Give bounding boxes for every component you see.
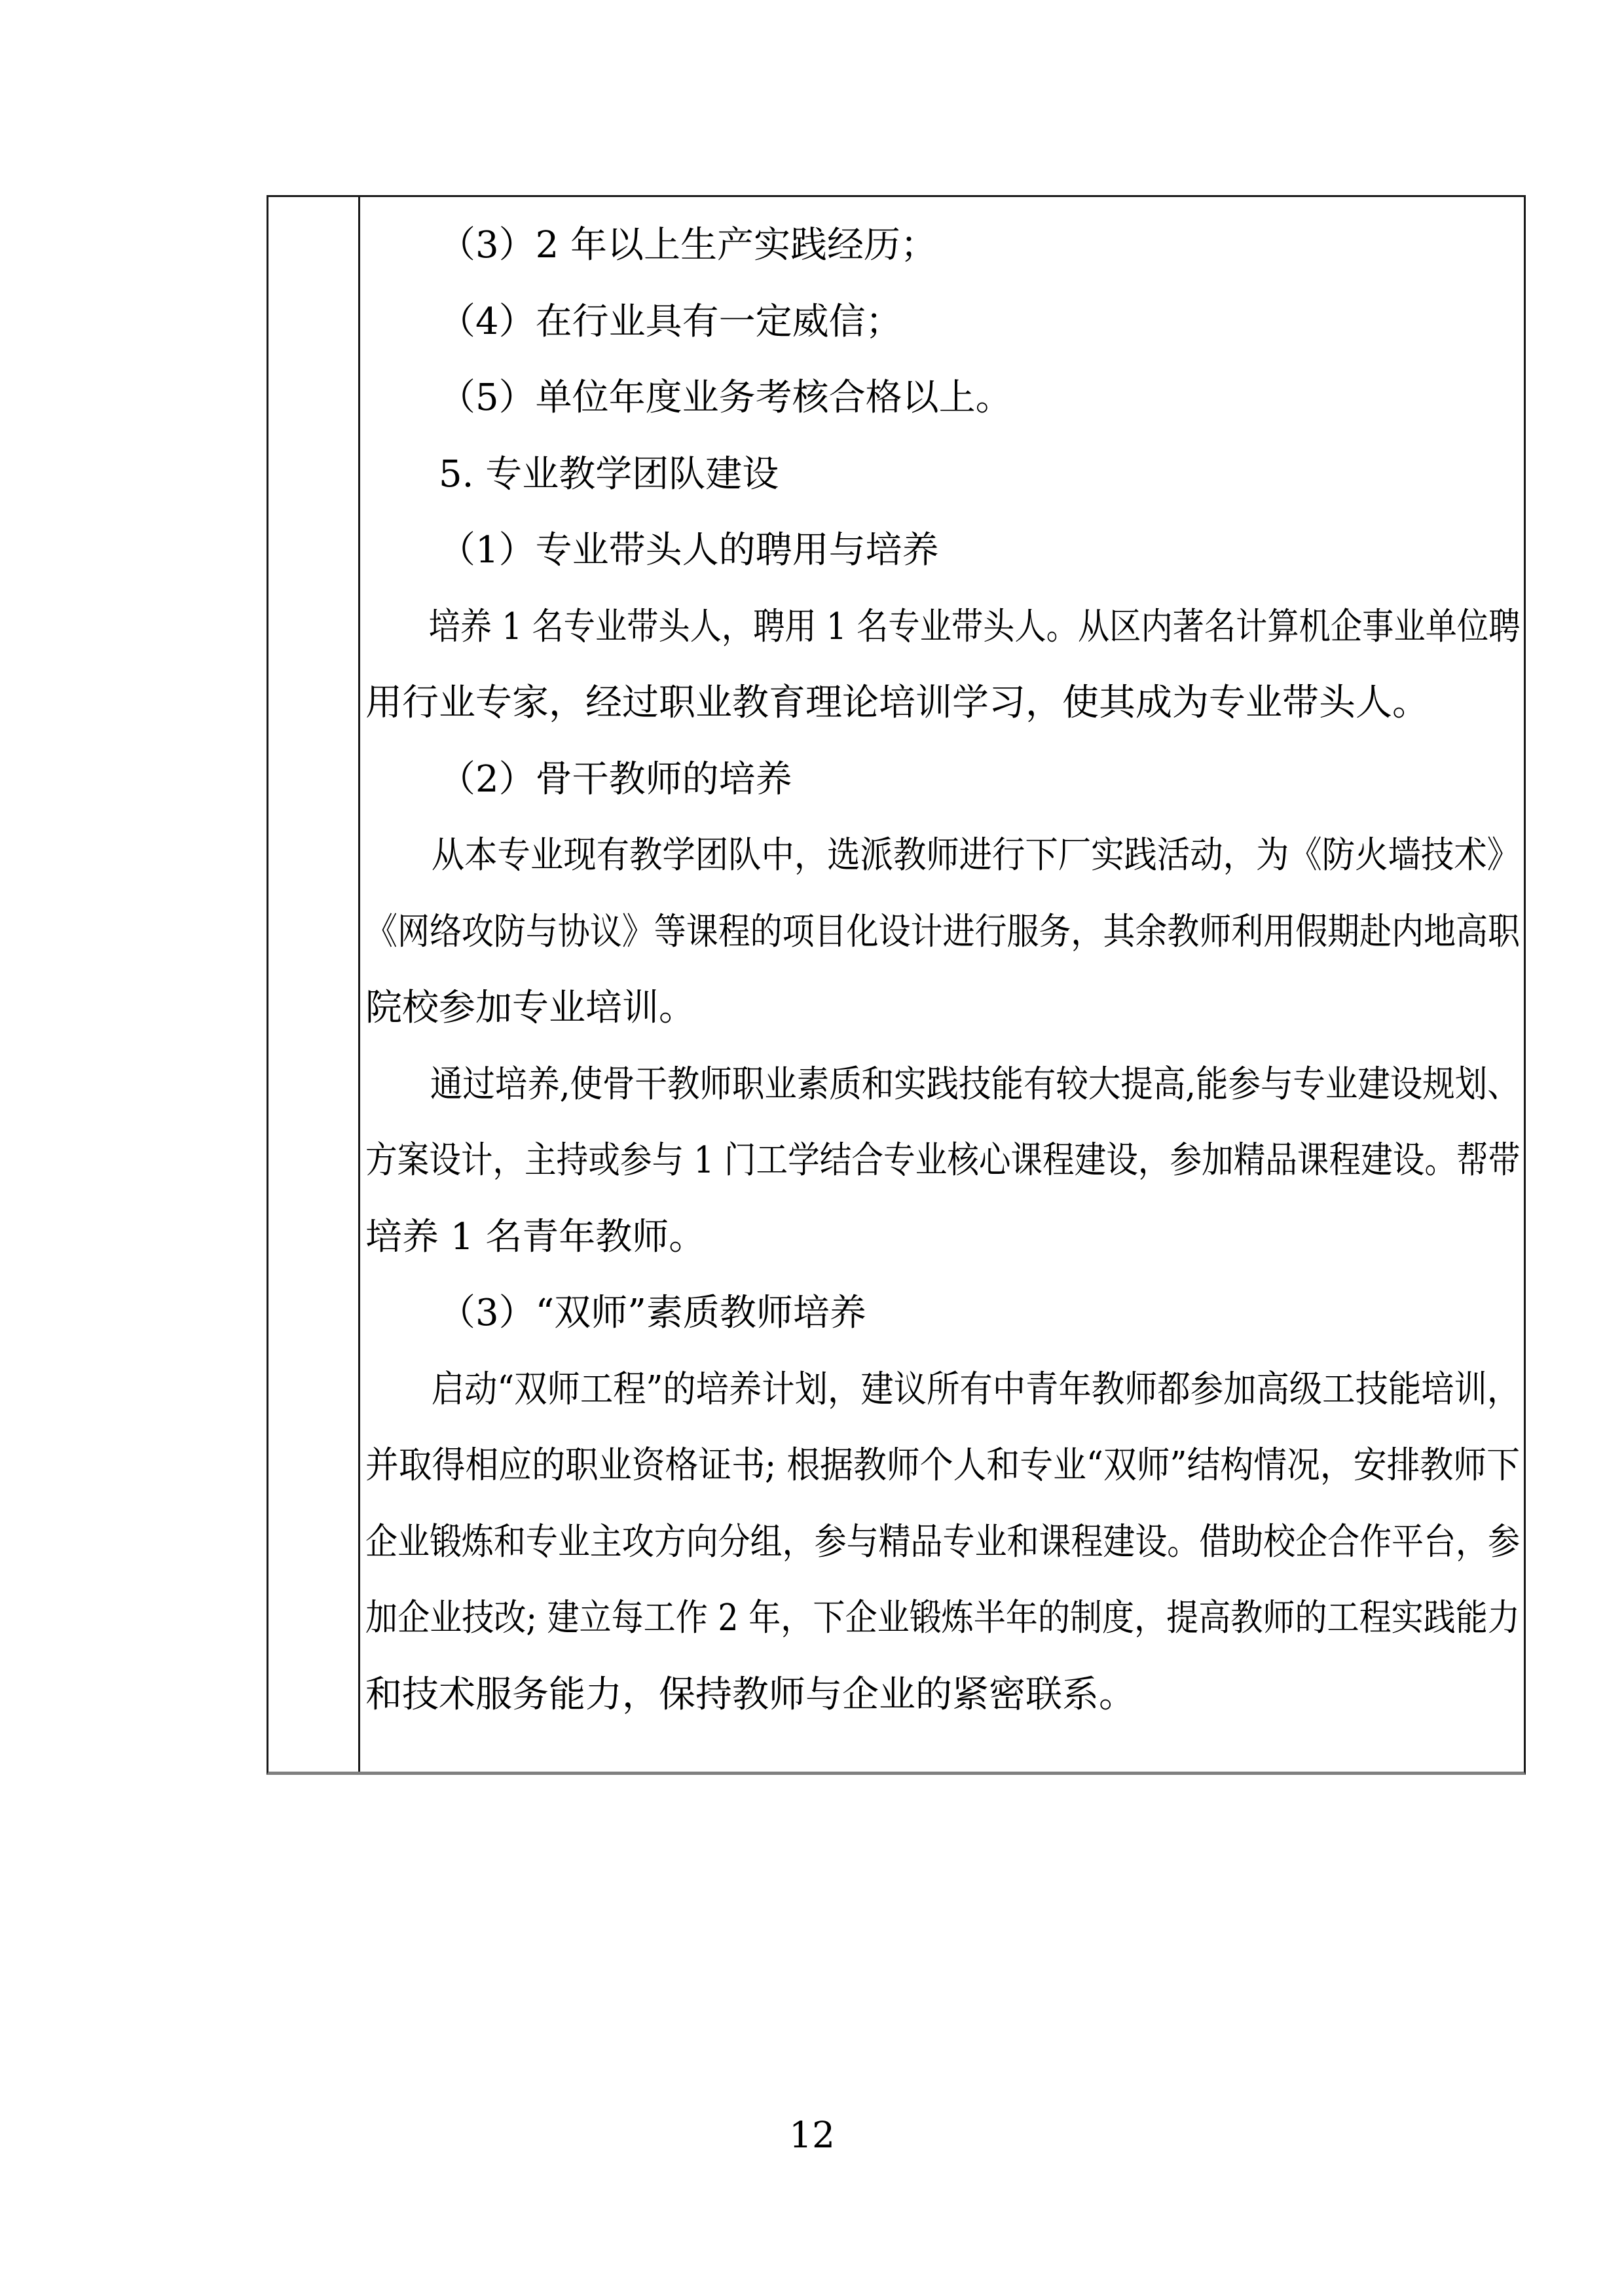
text-line: 《网络攻防与协议》等课程的项目化设计进行服务，其余教师利用假期赴内地高职 <box>365 894 1375 971</box>
page-number: 12 <box>0 2113 1624 2157</box>
text-line: 并取得相应的职业资格证书; 根据教师个人和专业“双师”结构情况，安排教师下 <box>365 1428 1413 1504</box>
text-line: 培养 1 名青年教师。 <box>365 1199 1520 1276</box>
text-line: 加企业技改; 建立每工作 2 年，下企业锻炼半年的制度，提高教师的工程实践能力 <box>365 1580 1377 1657</box>
text-line: 用行业专家，经过职业教育理论培训学习，使其成为专业带头人。 <box>365 665 1520 742</box>
text-line: 方案设计，主持或参与 1 门工学结合专业核心课程建设，参加精品课程建设。帮带 <box>365 1123 1367 1199</box>
text-line: （2）骨干教师的培养 <box>365 742 1520 818</box>
text-line: 从本专业现有教学团队中，选派教师进行下厂实践活动，为《防火墙技术》 <box>365 818 1404 894</box>
text-line: 培养 1 名专业带头人，聘用 1 名专业带头人。从区内著名计算机企事业单位聘 <box>365 589 1360 666</box>
text-line: （5）单位年度业务考核合格以上。 <box>365 360 1520 437</box>
text-line: （1）专业带头人的聘用与培养 <box>365 513 1520 589</box>
content-table: （3）2 年以上生产实践经历； （4）在行业具有一定威信； （5）单位年度业务考… <box>267 195 1526 1775</box>
text-line: （3）“双师”素质教师培养 <box>365 1275 1520 1352</box>
document-page: { "page": { "number": "12", "background_… <box>0 0 1624 2296</box>
text-line: 启动“双师工程”的培养计划，建议所有中青年教师都参加高级工技能培训， <box>365 1352 1403 1429</box>
text-line: 院校参加专业培训。 <box>365 970 1520 1047</box>
text-line: （3）2 年以上生产实践经历； <box>365 208 1520 284</box>
text-line section-heading: 5. 专业教学团队建设 <box>365 437 1520 513</box>
text-line: （4）在行业具有一定威信； <box>365 284 1520 361</box>
text-line: 企业锻炼和专业主攻方向分组，参与精品专业和课程建设。借助校企合作平台，参 <box>365 1504 1375 1581</box>
table-content-cell: （3）2 年以上生产实践经历； （4）在行业具有一定威信； （5）单位年度业务考… <box>360 197 1524 1772</box>
table-left-cell <box>268 197 360 1772</box>
text-line: 和技术服务能力，保持教师与企业的紧密联系。 <box>365 1657 1520 1734</box>
text-line: 通过培养,使骨干教师职业素质和实践技能有较大提高,能参与专业建设规划、 <box>365 1047 1385 1123</box>
